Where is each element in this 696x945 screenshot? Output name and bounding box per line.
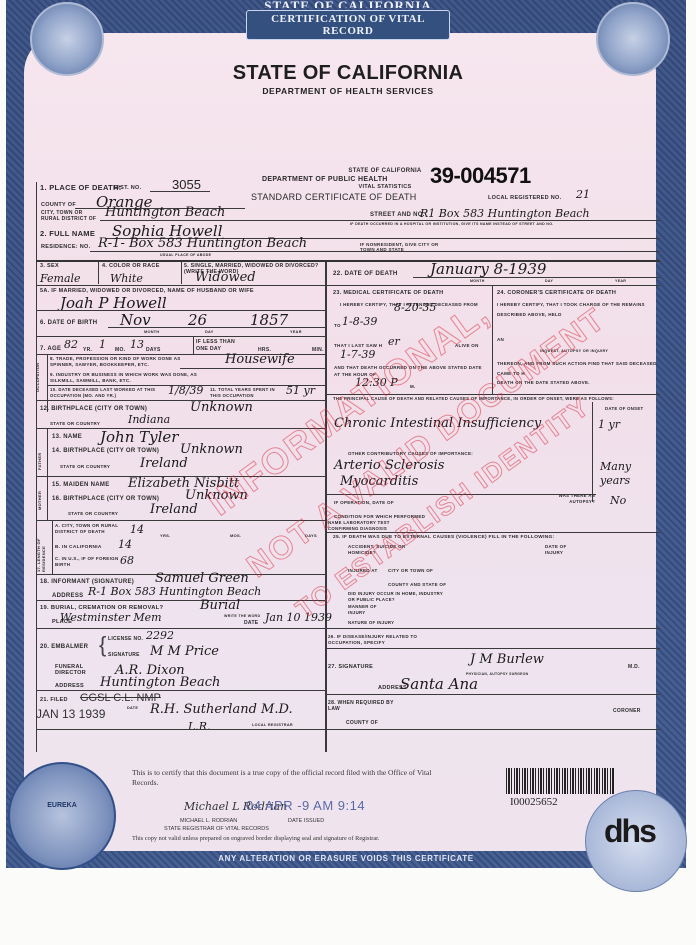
res-ca-label: B. IN CALIFORNIA xyxy=(55,545,102,550)
divider-line-22 xyxy=(326,285,660,286)
coroner-county-label: COUNTY OF xyxy=(346,720,378,726)
sex-label: 3. SEX xyxy=(40,263,59,269)
place-of-death-label: 1. PLACE OF DEATH: xyxy=(40,183,122,192)
dhs-logo-text: dhs xyxy=(604,813,655,850)
footer-certify-text: This is to certify that this document is… xyxy=(132,768,452,788)
manner-label: MANNER OF INJURY xyxy=(348,604,388,616)
industry-label: 9. INDUSTRY OR BUSINESS IN WHICH WORK WA… xyxy=(50,372,200,384)
mother-state-value: Ireland xyxy=(150,502,198,517)
page-title: STATE OF CALIFORNIA xyxy=(0,62,696,85)
physician-signature-label: 27. SIGNATURE xyxy=(328,664,373,670)
embalmer-signature: M M Price xyxy=(150,644,219,659)
occupation-side-divider xyxy=(47,354,48,412)
burial-place-value: Westminster Mem xyxy=(60,611,162,624)
birthplace-label: 12. BIRTHPLACE (CITY OR TOWN) xyxy=(40,406,147,412)
informant-address-value: R-1 Box 583 Huntington Beach xyxy=(88,585,261,598)
filed-stamp: GGSL C.L. NMP xyxy=(80,692,161,704)
race-label: 4. COLOR OR RACE xyxy=(102,263,160,269)
dist-no-line xyxy=(150,191,210,192)
autopsy-value: No xyxy=(610,494,626,507)
md-label: M.D. xyxy=(628,664,640,670)
divider-line-27 xyxy=(326,694,660,695)
sex-value: Female xyxy=(40,272,81,285)
date-of-death-label: 22. DATE OF DEATH xyxy=(333,270,398,277)
dod-month-caption: MONTH xyxy=(470,279,485,283)
barcode xyxy=(506,768,614,794)
local-registered-value: 21 xyxy=(576,188,590,201)
coroner-cert-label: 24. CORONER'S CERTIFICATE OF DEATH xyxy=(497,290,616,296)
burial-value: Burial xyxy=(200,598,240,613)
coroner-required-label: 28. WHEN REQUIRED BY LAW xyxy=(328,700,398,712)
contributory-1-onset: Many xyxy=(600,460,631,473)
residence-label: RESIDENCE: NO. xyxy=(41,244,90,250)
injury-city-label: CITY OR TOWN OF xyxy=(388,568,433,573)
mother-maiden-label: 15. MAIDEN NAME xyxy=(52,482,110,488)
divider-race-marital xyxy=(181,262,182,284)
residence-side-divider xyxy=(52,520,53,574)
father-side-label: FATHER xyxy=(37,452,42,470)
hospital-note: IF DEATH OCCURRED IN A HOSPITAL OR INSTI… xyxy=(350,222,554,226)
physician-address-value: Santa Ana xyxy=(400,675,478,693)
informant-value: Samuel Green xyxy=(155,571,249,586)
trade-line xyxy=(180,368,326,369)
occupation-related-label: 26. IF DISEASE/INJURY RELATED TO OCCUPAT… xyxy=(328,634,438,646)
agency-line-1: STATE OF CALIFORNIA xyxy=(330,168,440,174)
license-label: LICENSE NO. xyxy=(108,636,143,642)
res-city-label: A. CITY, TOWN OR RURAL DISTRICT OF DEATH xyxy=(55,523,140,535)
less-than-day-label: IF LESS THAN ONE DAY xyxy=(196,339,246,353)
divider-line-26 xyxy=(326,648,660,649)
father-name-value: John Tyler xyxy=(100,428,178,446)
marital-value: Widowed xyxy=(195,270,256,285)
residence-line xyxy=(90,251,660,252)
medical-cert-label: 23. MEDICAL CERTIFICATE OF DEATH xyxy=(333,290,443,296)
dist-no-label: DIST. NO. xyxy=(114,185,141,191)
dod-year-caption: YEAR xyxy=(615,279,626,283)
filed-date-label: DATE xyxy=(127,706,138,710)
write-word-label: WRITE THE WORD xyxy=(224,614,260,618)
divider-line-16 xyxy=(36,520,326,521)
date-of-death-line xyxy=(413,277,660,278)
birthplace-value: Unknown xyxy=(190,400,253,415)
divider-sex-race xyxy=(98,262,99,284)
local-registrar-initials: L.R. xyxy=(188,720,211,733)
coroner-text-2: AN xyxy=(497,337,504,342)
section-divider-1 xyxy=(36,260,660,262)
father-birthplace-value: Unknown xyxy=(180,442,243,457)
physician-signature-value: J M Burlew xyxy=(470,652,544,667)
divider-line-10 xyxy=(36,400,326,401)
res-yrs-label: YRS. xyxy=(160,533,171,538)
banner-subtitle: CERTIFICATION OF VITAL RECORD xyxy=(246,10,450,40)
barcode-number: I00025652 xyxy=(510,796,558,808)
divider-line-6 xyxy=(36,336,326,337)
form-title: STANDARD CERTIFICATE OF DEATH xyxy=(251,192,417,202)
license-value: 2292 xyxy=(146,629,174,642)
divider-line-20 xyxy=(36,690,326,691)
father-name-label: 13. NAME xyxy=(52,434,82,440)
age-yr-label: YR. xyxy=(83,347,92,353)
age-label: 7. AGE xyxy=(40,346,61,352)
burial-date-label: DATE xyxy=(244,620,258,626)
father-state-value: Ireland xyxy=(140,456,188,471)
usual-place-label: USUAL PLACE OF ABODE xyxy=(160,253,211,257)
city-label: CITY, TOWN OR RURAL DISTRICT OF xyxy=(41,210,103,222)
local-registrar-signature: R.H. Sutherland M.D. xyxy=(150,702,293,717)
age-days-label: DAYS xyxy=(146,347,161,353)
city-value: Huntington Beach xyxy=(105,205,225,220)
alive-date: 1-7-39 xyxy=(340,348,375,361)
contributory-2-onset: years xyxy=(600,474,630,487)
res-ca-value: 14 xyxy=(118,538,132,551)
mother-state-label: STATE OR COUNTRY xyxy=(68,511,118,516)
res-us-value: 68 xyxy=(120,554,134,567)
dist-no-value: 3055 xyxy=(172,177,201,192)
trade-value: Housewife xyxy=(225,352,295,367)
age-years: 82 xyxy=(64,338,78,351)
certificate-number: 39-004571 xyxy=(430,163,531,189)
bottom-border-band: ANY ALTERATION OR ERASURE VOIDS THIS CER… xyxy=(6,851,686,868)
external-causes-label: 25. IF DEATH WAS DUE TO EXTERNAL CAUSES … xyxy=(333,535,554,540)
birthplace-state-label: STATE OR COUNTRY xyxy=(50,421,100,426)
dob-day-caption: DAY xyxy=(205,330,214,334)
race-value: White xyxy=(110,272,143,285)
state-registrar-title: STATE REGISTRAR OF VITAL RECORDS xyxy=(164,826,269,832)
local-registered-label: LOCAL REGISTERED NO. xyxy=(488,195,561,201)
father-state-label: STATE OR COUNTRY xyxy=(60,464,110,469)
filed-label: 21. FILED xyxy=(40,697,68,703)
divider-line-25 xyxy=(326,628,660,629)
age-mo-label: MO. xyxy=(115,347,125,353)
fd-address-value: Huntington Beach xyxy=(100,675,220,690)
date-of-onset-label: DATE OF ONSET xyxy=(605,406,643,411)
dob-line xyxy=(108,327,326,328)
residence-length-side-label: 17. LENGTH OF RESIDENCE xyxy=(36,520,46,572)
embalmer-brace: { xyxy=(99,632,106,658)
mother-birthplace-label: 16. BIRTHPLACE (CITY OR TOWN) xyxy=(52,496,159,502)
header-banner: STATE OF CALIFORNIA CERTIFICATION OF VIT… xyxy=(226,0,470,34)
injury-county-label: COUNTY AND STATE OF xyxy=(388,582,446,587)
date-of-death-value: January 8-1939 xyxy=(430,260,546,278)
agency-line-3: VITAL STATISTICS xyxy=(330,184,440,190)
dod-day-caption: DAY xyxy=(545,279,553,283)
res-us-label: C. IN U.S., IF OF FOREIGN BIRTH xyxy=(55,556,125,568)
autopsy-label: WAS THERE AN AUTOPSY? xyxy=(553,493,595,505)
local-registrar-label: LOCAL REGISTRAR xyxy=(252,723,293,727)
father-birthplace-label: 14. BIRTHPLACE (CITY OR TOWN) xyxy=(52,448,159,454)
min-label: MIN. xyxy=(312,347,324,353)
funeral-director-label: FUNERAL DIRECTOR xyxy=(55,664,100,676)
seal-motto: EUREKA xyxy=(10,802,114,809)
dob-label: 6. DATE OF BIRTH xyxy=(40,320,97,326)
nature-label: NATURE OF INJURY xyxy=(348,620,394,625)
street-label: STREET AND NO. xyxy=(370,212,425,218)
fd-address-label: ADDRESS xyxy=(55,683,84,689)
filed-date-value: JAN 13 1939 xyxy=(36,707,105,721)
age-days: 13 xyxy=(130,338,144,351)
trade-label: 8. TRADE, PROFESSION OR KIND OF WORK DON… xyxy=(50,356,195,368)
divider-line-18 xyxy=(36,600,326,601)
page-subtitle: DEPARTMENT OF HEALTH SERVICES xyxy=(0,86,696,96)
divider-line-19 xyxy=(36,628,326,629)
injury-date-label: DATE OF INJURY xyxy=(545,544,585,556)
date-issued-label: DATE ISSUED xyxy=(288,818,324,824)
street-value: R1 Box 583 Huntington Beach xyxy=(420,207,590,220)
attended-to-label: TO xyxy=(334,323,341,328)
county-label: COUNTY OF xyxy=(41,202,76,208)
principal-onset: 1 yr xyxy=(598,418,620,431)
state-registrar-name: MICHAEL L. RODRIAN xyxy=(180,818,237,824)
city-line xyxy=(100,220,660,221)
injury-place-label: DID INJURY OCCUR IN HOME, INDUSTRY OR PU… xyxy=(348,591,448,603)
res-mos-label: MOS. xyxy=(230,533,241,538)
birthplace-state-value: Indiana xyxy=(128,413,170,426)
age-months: 1 xyxy=(99,338,106,351)
total-years-label: 11. TOTAL YEARS SPENT IN THIS OCCUPATION xyxy=(210,387,280,399)
father-side-divider xyxy=(47,428,48,476)
validity-note: This copy not valid unless prepared on e… xyxy=(132,835,379,842)
banner-title: STATE OF CALIFORNIA xyxy=(226,0,470,8)
embalmer-signature-label: SIGNATURE xyxy=(108,652,140,658)
last-worked-label: 10. DATE DECEASED LAST WORKED AT THIS OC… xyxy=(50,387,170,399)
date-issued-stamp: 04 APR -9 AM 9:14 xyxy=(246,798,365,813)
form-bottom-line xyxy=(36,729,660,730)
residence-value: R-1- Box 583 Huntington Beach xyxy=(98,236,307,251)
dob-month-caption: MONTH xyxy=(144,330,159,334)
informant-address-label: ADDRESS xyxy=(52,593,83,599)
dob-year-caption: YEAR xyxy=(290,330,302,334)
attended-to: 1-8-39 xyxy=(342,315,377,328)
mother-side-divider xyxy=(47,476,48,520)
mother-side-label: MOTHER xyxy=(37,491,42,510)
occupation-side-label: OCCUPATION xyxy=(35,363,40,392)
last-worked-value: 1/8/39 xyxy=(168,384,203,397)
coroner-label: CORONER xyxy=(613,708,641,714)
embalmer-label: 20. EMBALMER xyxy=(40,644,88,650)
attended-from: 8-20-35 xyxy=(394,301,436,314)
dhs-logo: dhs xyxy=(585,790,687,892)
agency-line-2: DEPARTMENT OF PUBLIC HEALTH xyxy=(262,176,388,183)
total-years-value: 51 yr xyxy=(286,384,315,397)
res-city-value: 14 xyxy=(130,523,144,536)
alteration-warning: ANY ALTERATION OR ERASURE VOIDS THIS CER… xyxy=(6,854,686,863)
full-name-label: 2. FULL NAME xyxy=(40,229,95,238)
divider-line-5 xyxy=(36,285,326,286)
divider-line-lab xyxy=(326,532,660,533)
divider-age xyxy=(193,337,194,354)
